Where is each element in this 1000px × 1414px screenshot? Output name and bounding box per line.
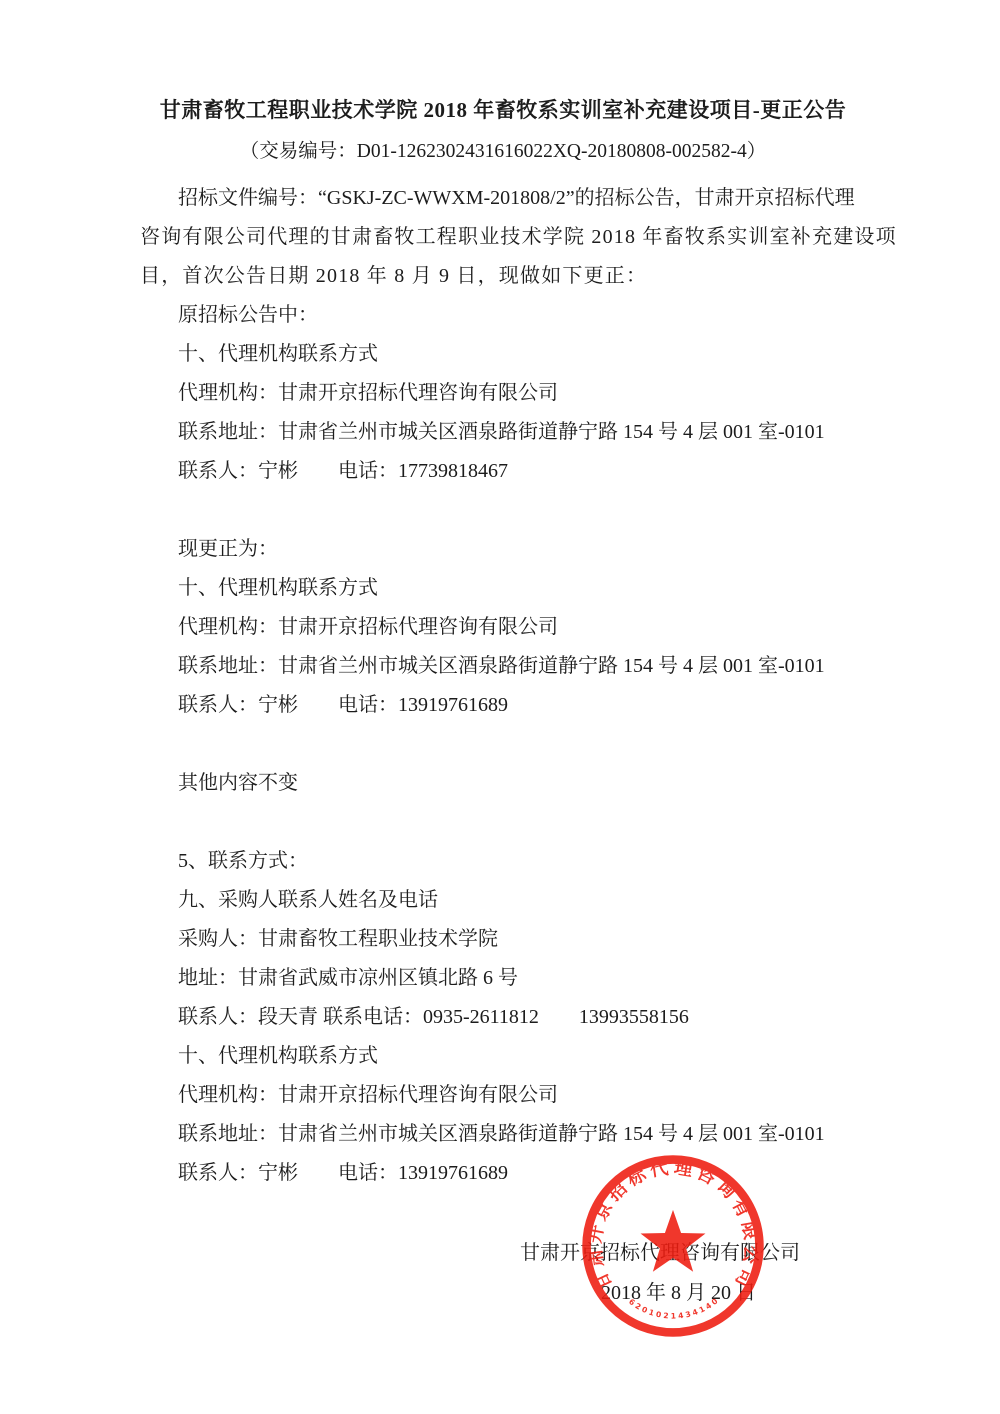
document-line: 代理机构：甘肃开京招标代理咨询有限公司	[140, 374, 866, 413]
document-line: 十、代理机构联系方式	[140, 335, 866, 374]
document-line: 代理机构：甘肃开京招标代理咨询有限公司	[140, 608, 866, 647]
blank-line	[140, 725, 866, 764]
transaction-number: （交易编号：D01-1262302431616022XQ-20180808-00…	[140, 137, 866, 167]
document-line: 联系地址：甘肃省兰州市城关区酒泉路街道静宁路 154 号 4 层 001 室-0…	[140, 413, 866, 452]
document-title: 甘肃畜牧工程职业技术学院 2018 年畜牧系实训室补充建设项目-更正公告	[140, 95, 866, 125]
body-lines: 招标文件编号：“GSKJ-ZC-WWXM-201808/2”的招标公告，甘肃开京…	[140, 179, 866, 1193]
document-line: 联系地址：甘肃省兰州市城关区酒泉路街道静宁路 154 号 4 层 001 室-0…	[140, 1115, 866, 1154]
company-seal: 甘肃开京招标代理咨询有限公司 6201021434140	[578, 1151, 768, 1341]
document-line: 代理机构：甘肃开京招标代理咨询有限公司	[140, 1076, 866, 1115]
document-line: 九、采购人联系人姓名及电话	[140, 881, 866, 920]
document-line: 联系人：宁彬 电话：17739818467	[140, 452, 866, 491]
seal-number-container: 6201021434140	[627, 1295, 721, 1321]
seal-number: 6201021434140	[627, 1295, 721, 1321]
document-line: 招标文件编号：“GSKJ-ZC-WWXM-201808/2”的招标公告，甘肃开京…	[140, 179, 866, 218]
document-page: 甘肃畜牧工程职业技术学院 2018 年畜牧系实训室补充建设项目-更正公告 （交易…	[0, 0, 1000, 1414]
document-line: 联系人：宁彬 电话：13919761689	[140, 686, 866, 725]
document-line: 其他内容不变	[140, 764, 866, 803]
document-line: 原招标公告中：	[140, 296, 866, 335]
blank-line	[140, 803, 866, 842]
document-line: 联系地址：甘肃省兰州市城关区酒泉路街道静宁路 154 号 4 层 001 室-0…	[140, 647, 866, 686]
blank-line	[140, 491, 866, 530]
document-line: 目，首次公告日期 2018 年 8 月 9 日，现做如下更正：	[140, 257, 866, 296]
document-line: 采购人：甘肃畜牧工程职业技术学院	[140, 920, 866, 959]
document-line: 十、代理机构联系方式	[140, 1037, 866, 1076]
document-line: 联系人：段天青 联系电话：0935-2611812 13993558156	[140, 998, 866, 1037]
document-line: 咨询有限公司代理的甘肃畜牧工程职业技术学院 2018 年畜牧系实训室补充建设项	[140, 218, 866, 257]
document-line: 地址：甘肃省武威市凉州区镇北路 6 号	[140, 959, 866, 998]
seal-star-icon	[641, 1210, 706, 1272]
document-line: 现更正为：	[140, 530, 866, 569]
document-body: 甘肃畜牧工程职业技术学院 2018 年畜牧系实训室补充建设项目-更正公告 （交易…	[140, 95, 866, 1193]
document-line: 十、代理机构联系方式	[140, 569, 866, 608]
document-line: 5、联系方式：	[140, 842, 866, 881]
seal-graphic: 甘肃开京招标代理咨询有限公司 6201021434140	[578, 1151, 768, 1341]
